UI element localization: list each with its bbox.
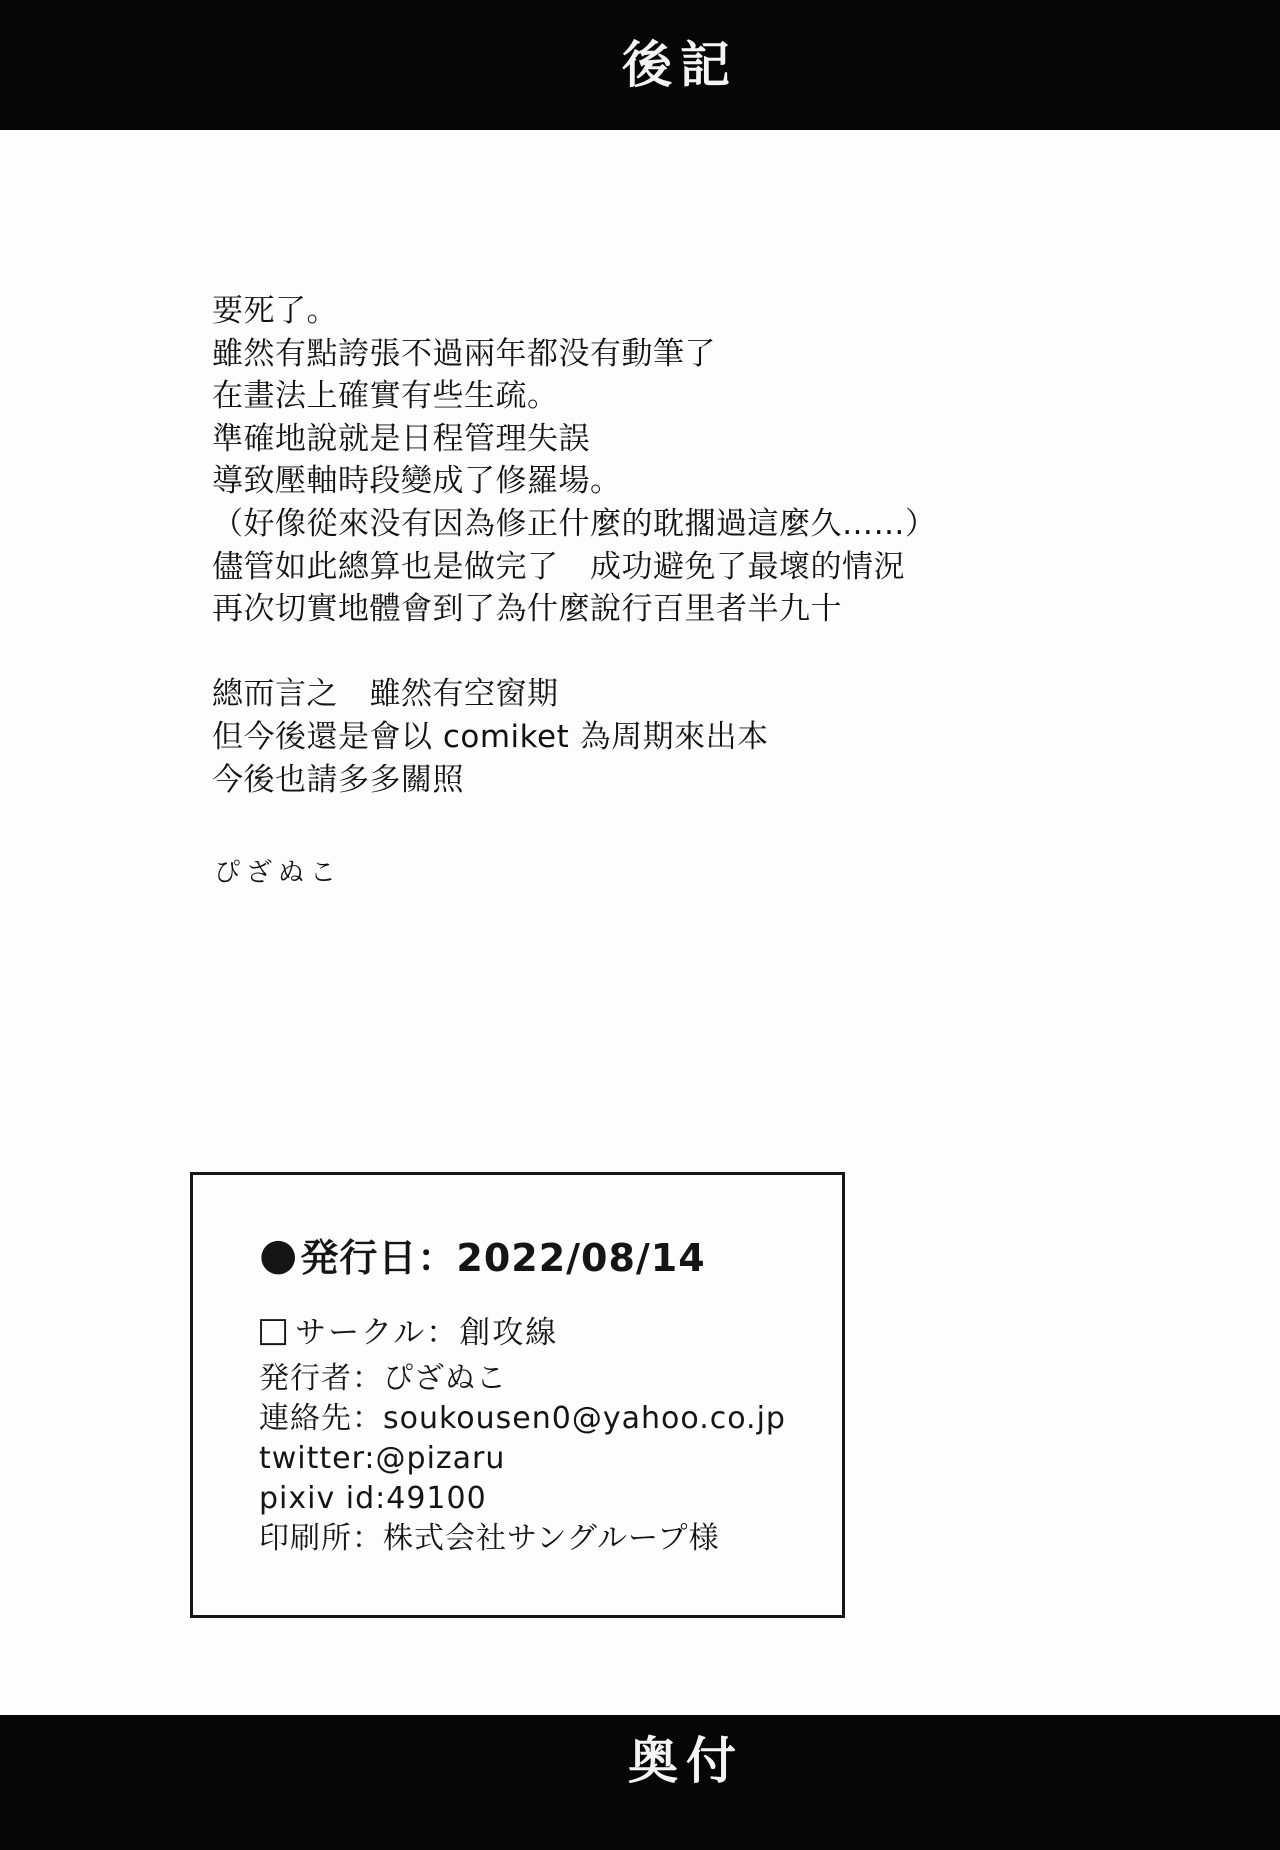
- contact-email-line: 連絡先：soukousen0@yahoo.co.jp: [259, 1399, 786, 1439]
- afterword-line: 總而言之 雖然有空窗期: [212, 673, 1092, 716]
- page-title: 後記: [622, 40, 738, 90]
- publication-date-row: ● 発行日：2022/08/14: [259, 1227, 706, 1282]
- afterword-line: 今後也請多多關照: [212, 759, 1092, 802]
- afterword-line: （好像從來没有因為修正什麼的耽擱過這麼久……）: [212, 503, 1092, 546]
- colophon-title: 奥付: [628, 1736, 744, 1786]
- afterword-line: 再次切實地體會到了為什麼說行百里者半九十: [212, 588, 1092, 631]
- printer-line: 印刷所：株式会社サングループ様: [259, 1519, 786, 1559]
- afterword-line: 準確地說就是日程管理失誤: [212, 418, 1092, 461]
- header-banner: 後記: [0, 0, 1280, 130]
- afterword-text: 要死了。 雖然有點誇張不過兩年都没有動筆了 在畫法上確實有些生疏。 準確地說就是…: [212, 290, 1092, 801]
- afterword-line: 在畫法上確實有些生疏。: [212, 375, 1092, 418]
- publication-date: 発行日：2022/08/14: [300, 1227, 705, 1282]
- circle-name: サークル：創攻線: [295, 1307, 558, 1352]
- afterword-line: 雖然有點誇張不過兩年都没有動筆了: [212, 333, 1092, 376]
- twitter-line: twitter:@pizaru: [259, 1439, 786, 1479]
- filled-circle-icon: ●: [259, 1233, 298, 1277]
- afterword-line: 儘管如此總算也是做完了 成功避免了最壞的情況: [212, 546, 1092, 589]
- afterword-line-blank: [212, 631, 1092, 674]
- afterword-line: 但今後還是會以 comiket 為周期來出本: [212, 716, 1092, 759]
- colophon-details: 発行者：ぴざぬこ 連絡先：soukousen0@yahoo.co.jp twit…: [259, 1359, 786, 1559]
- open-square-icon: □: [257, 1313, 291, 1347]
- publisher-line: 発行者：ぴざぬこ: [259, 1359, 786, 1399]
- afterword-line: 導致壓軸時段變成了修羅場。: [212, 460, 1092, 503]
- pixiv-id-line: pixiv id:49100: [259, 1479, 786, 1519]
- colophon-box: ● 発行日：2022/08/14 □ サークル：創攻線 発行者：ぴざぬこ 連絡先…: [190, 1172, 845, 1618]
- footer-banner: 奥付: [0, 1715, 1280, 1850]
- afterword-line: 要死了。: [212, 290, 1092, 333]
- author-signature: ぴざぬこ: [214, 852, 342, 889]
- circle-name-row: □ サークル：創攻線: [257, 1307, 558, 1352]
- scanned-afterword-page: 後記 要死了。 雖然有點誇張不過兩年都没有動筆了 在畫法上確實有些生疏。 準確地…: [0, 0, 1280, 1850]
